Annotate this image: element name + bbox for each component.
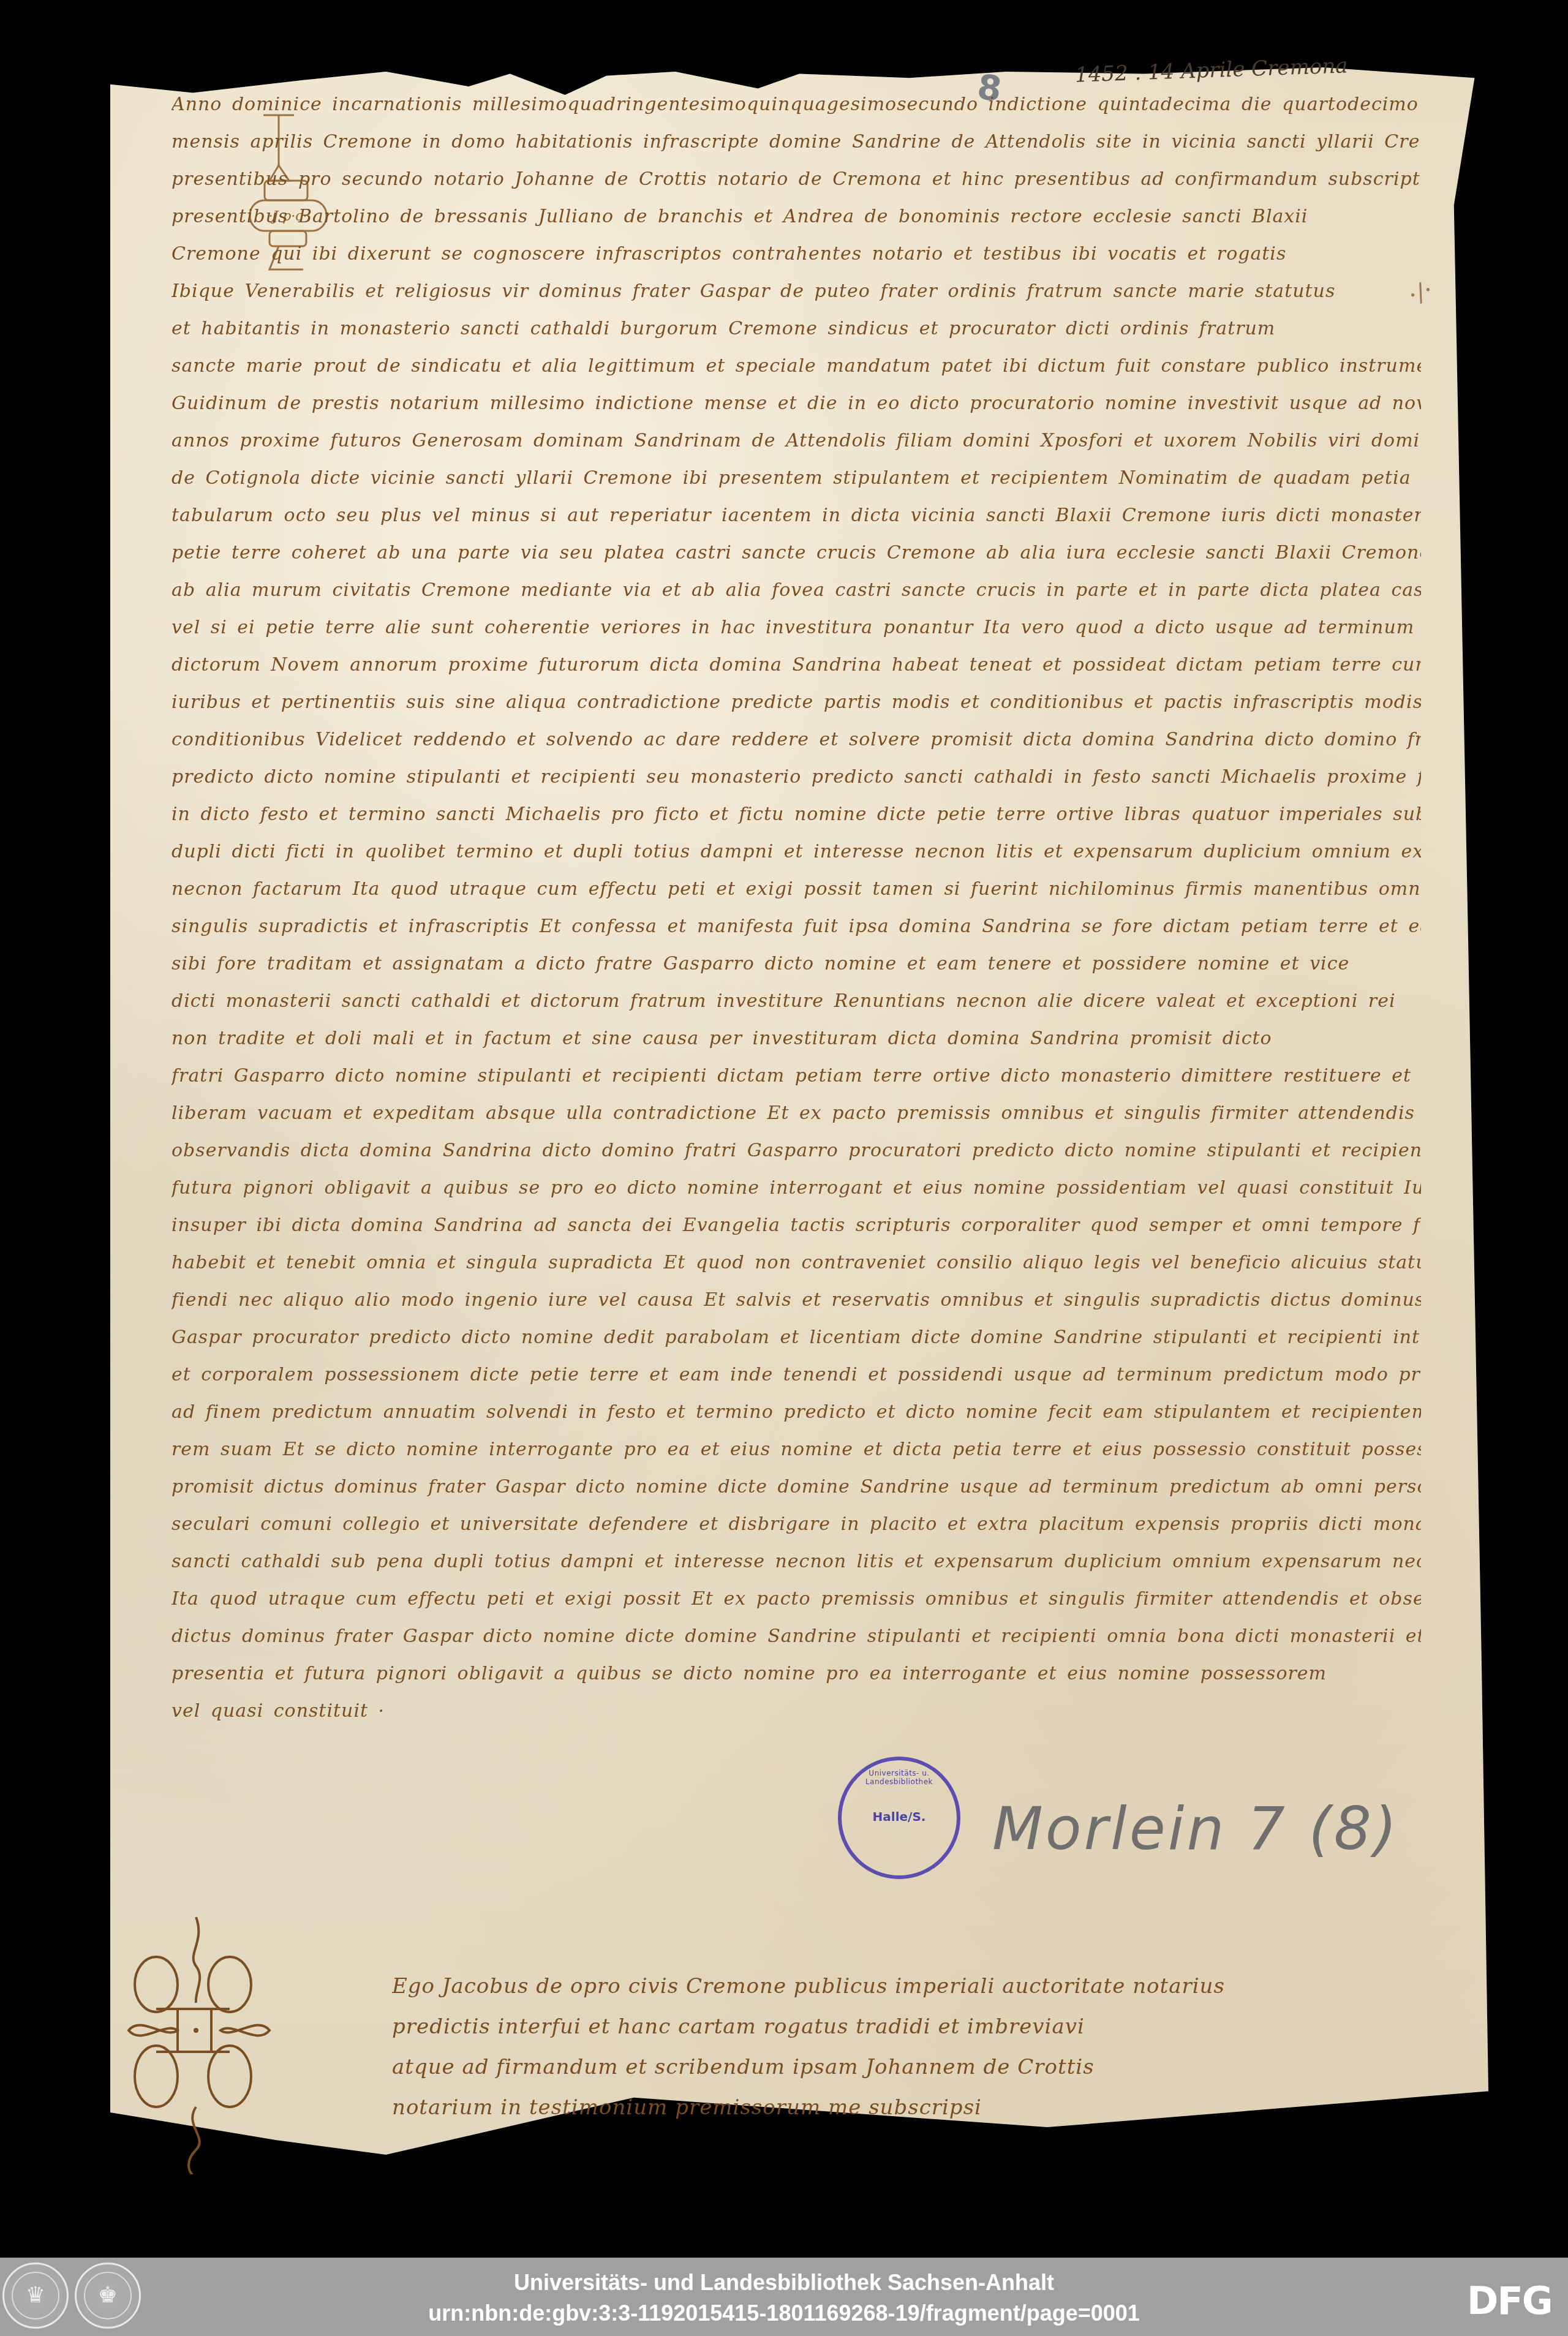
text-line: Anno dominice incarnationis millesimoqua… [171, 86, 1421, 123]
text-line: promisit dictus dominus frater Gaspar di… [171, 1468, 1421, 1505]
subscription-line: notarium in testimonium premissorum me s… [392, 2087, 1433, 2128]
text-line: fratri Gasparro dicto nomine stipulanti … [171, 1057, 1421, 1095]
text-line: et corporalem possessionem dicte petie t… [171, 1356, 1421, 1393]
text-line: habebit et tenebit omnia et singula supr… [171, 1244, 1421, 1281]
text-line: de Cotignola dicte vicinie sancti yllari… [171, 459, 1421, 497]
text-line: singulis supradictis et infrascriptis Et… [171, 908, 1421, 945]
dfg-logo-icon: DFG [1467, 2278, 1552, 2323]
text-line: presentibus Bartolino de bressanis Julli… [171, 198, 1421, 235]
text-line: seculari comuni collegio et universitate… [171, 1505, 1421, 1543]
text-line: vel quasi constituit · [171, 1692, 1421, 1730]
text-line: observandis dicta domina Sandrina dicto … [171, 1132, 1421, 1169]
text-line: tabularum octo seu plus vel minus si aut… [171, 497, 1421, 534]
text-line: sibi fore traditam et assignatam a dicto… [171, 945, 1421, 982]
text-line: insuper ibi dicta domina Sandrina ad san… [171, 1207, 1421, 1244]
text-line: liberam vacuam et expeditam absque ulla … [171, 1095, 1421, 1132]
text-line: non tradite et doli mali et in factum et… [171, 1020, 1421, 1057]
text-line: dupli dicti ficti in quolibet termino et… [171, 833, 1421, 870]
text-line: dicti monasterii sancti cathaldi et dict… [171, 982, 1421, 1020]
footer-institution: Universitäts- und Landesbibliothek Sachs… [0, 2270, 1568, 2296]
text-line: Cremone qui ibi dixerunt se cognoscere i… [171, 235, 1421, 273]
text-line: sancte marie prout de sindicatu et alia … [171, 347, 1421, 385]
text-line: rem suam Et se dicto nomine interrogante… [171, 1431, 1421, 1468]
text-line: presentia et futura pignori obligavit a … [171, 1655, 1421, 1692]
text-line: Gaspar procurator predicto dicto nomine … [171, 1319, 1421, 1356]
text-line: necnon factarum Ita quod utraque cum eff… [171, 870, 1421, 908]
text-line: annos proxime futuros Generosam dominam … [171, 422, 1421, 459]
subscription-line: predictis interfui et hanc cartam rogatu… [392, 2006, 1433, 2047]
footer-urn[interactable]: urn:nbn:de:gbv:3:3-1192015415-1801169268… [0, 2300, 1568, 2326]
text-line: futura pignori obligavit a quibus se pro… [171, 1169, 1421, 1207]
stamp-center-text: Halle/S. [842, 1809, 957, 1824]
text-line: dictus dominus frater Gaspar dicto nomin… [171, 1618, 1421, 1655]
text-line: fiendi nec aliquo alio modo ingenio iure… [171, 1281, 1421, 1319]
text-line: presentibus pro secundo notario Johanne … [171, 160, 1421, 198]
text-line: sancti cathaldi sub pena dupli totius da… [171, 1543, 1421, 1580]
text-line: ad finem predictum annuatim solvendi in … [171, 1393, 1421, 1431]
text-line: petie terre coheret ab una parte via seu… [171, 534, 1421, 571]
text-line: ab alia murum civitatis Cremone mediante… [171, 571, 1421, 609]
charter-body-text: Anno dominice incarnationis millesimoqua… [171, 86, 1421, 1730]
subscription-line: Ego Jacobus de opro civis Cremone public… [392, 1966, 1433, 2006]
notary-subscription: Ego Jacobus de opro civis Cremone public… [392, 1966, 1433, 2128]
text-line: mensis aprilis Cremone in domo habitatio… [171, 123, 1421, 160]
shelfmark-pencil: Morlein 7 (8) [992, 1795, 1399, 1863]
text-line: conditionibus Videlicet reddendo et solv… [171, 721, 1421, 758]
text-line: Guidinum de prestis notarium millesimo i… [171, 385, 1421, 422]
text-line: predicto dicto nomine stipulanti et reci… [171, 758, 1421, 796]
text-line: et habitantis in monasterio sancti catha… [171, 310, 1421, 347]
library-footer: ♛ ♚ Universitäts- und Landesbibliothek S… [0, 2258, 1568, 2336]
text-line: Ita quod utraque cum effectu peti et exi… [171, 1580, 1421, 1618]
library-stamp: Universitäts- u. Landesbibliothek Halle/… [838, 1757, 960, 1879]
text-line: in dicto festo et termino sancti Michael… [171, 796, 1421, 833]
text-line: iuribus et pertinentiis suis sine aliqua… [171, 684, 1421, 721]
stamp-ring-text: Universitäts- u. Landesbibliothek [842, 1769, 957, 1786]
text-line: Ibique Venerabilis et religiosus vir dom… [171, 273, 1421, 310]
text-line: dictorum Novem annorum proxime futurorum… [171, 646, 1421, 684]
subscription-line: atque ad firmandum et scribendum ipsam J… [392, 2047, 1433, 2087]
text-line: vel si ei petie terre alie sunt coherent… [171, 609, 1421, 646]
notary-signum-bottom-icon [123, 1917, 282, 2174]
